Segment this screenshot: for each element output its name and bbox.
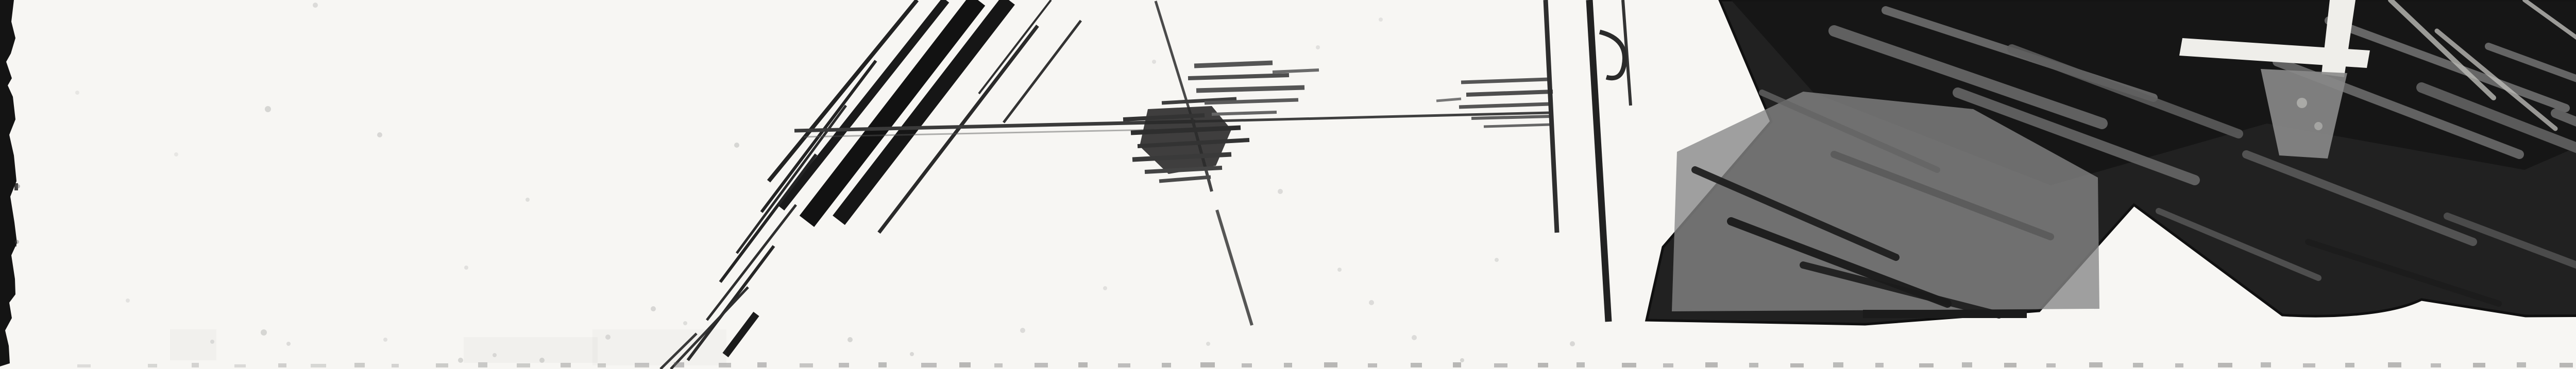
cutoff-text-remnants-item (561, 363, 571, 367)
paper-noise-specks-item (265, 106, 271, 112)
cutoff-text-remnants-item (1035, 363, 1048, 367)
cutoff-text-remnants-item (1324, 362, 1337, 367)
cutoff-text-remnants-item (2431, 363, 2441, 367)
hatch-strokes-item (1196, 87, 1304, 91)
cutoff-text-remnants-item (1453, 362, 1461, 367)
cutoff-text-remnants-item (2218, 363, 2232, 367)
paper-noise-specks-item (848, 337, 853, 342)
paper-noise-specks-item (2297, 98, 2307, 108)
cutoff-text-remnants-item (2004, 363, 2016, 367)
cutoff-text-remnants-item (2473, 363, 2485, 367)
paper-noise-specks-item (1206, 342, 1210, 346)
paper-noise-specks-item (1152, 60, 1156, 64)
cutoff-text-remnants-item (1538, 363, 1548, 367)
cutoff-text-remnants-item (1962, 362, 1972, 367)
cutoff-text-remnants-item (2560, 363, 2573, 367)
paper-noise-specks-item (383, 338, 387, 342)
hatch-strokes-item (1273, 70, 1319, 72)
paper-noise-specks-item (313, 3, 318, 8)
cutoff-text-remnants-item (1200, 362, 1215, 367)
hatch-strokes-item (1194, 63, 1273, 66)
cutoff-text-remnants-item (1494, 363, 1507, 367)
paper-noise-specks-item (1369, 300, 1374, 305)
paper-noise-specks-item (126, 298, 130, 303)
cutoff-text-remnants-item (2345, 363, 2354, 367)
paper-noise-specks-item (464, 266, 468, 270)
cutoff-text-remnants-item (1749, 363, 1758, 367)
paper-noise-specks-item (1412, 335, 1417, 340)
cutoff-text-remnants-item (959, 362, 971, 367)
paper-noise-specks-item (1379, 17, 1383, 22)
hatch-strokes-item (1212, 112, 1277, 114)
panel-artwork: Scanned black-and-white manga panel stri… (0, 0, 2576, 369)
paper-noise-specks-item (170, 329, 216, 360)
cutoff-text-remnants-item (757, 362, 767, 367)
cutoff-text-remnants-item (878, 362, 887, 367)
cutoff-text-remnants-item (2261, 362, 2271, 367)
cutoff-text-remnants-item (354, 363, 365, 367)
cutoff-text-remnants-item (921, 363, 937, 367)
cutoff-text-remnants-item (1622, 363, 1636, 367)
paper-noise-specks-item (286, 342, 291, 346)
cutoff-text-remnants-item (1577, 362, 1585, 367)
paper-noise-specks-item (651, 306, 656, 311)
paper-noise-specks-item (377, 132, 382, 137)
cutoff-text-remnants-item (436, 363, 448, 367)
cutoff-text-remnants-item (1663, 363, 1673, 367)
cutoff-text-remnants-item (1284, 363, 1292, 367)
cutoff-text-remnants-item (148, 364, 157, 367)
cutoff-text-remnants-item (1078, 362, 1088, 367)
paper-noise-specks-item (174, 152, 178, 156)
paper-noise-specks-item (1495, 258, 1499, 262)
cutoff-text-remnants-item (2303, 363, 2315, 367)
cutoff-text-remnants-item (1833, 362, 1843, 367)
cutoff-text-remnants-item (2089, 362, 2103, 367)
cutoff-text-remnants-item (1368, 363, 1377, 367)
paper-noise-specks-item (458, 358, 463, 363)
hatch-strokes-item (1471, 116, 1552, 118)
cutoff-text-remnants-item (1875, 363, 1884, 367)
paper-noise-specks-item (75, 91, 79, 95)
paper-noise-specks-item (910, 352, 914, 356)
paper-noise-specks-item (734, 143, 739, 148)
cutoff-text-remnants-item (311, 364, 326, 367)
cutoff-text-remnants-item (994, 363, 1003, 367)
paper-noise-specks-item (464, 337, 598, 363)
cutoff-text-remnants-item (1790, 363, 1804, 367)
cutoff-text-remnants-item (1118, 363, 1130, 367)
cutoff-text-remnants-item (1919, 363, 1934, 367)
paper-noise-specks-item (1278, 189, 1283, 194)
cutoff-text-remnants-item (478, 362, 487, 367)
cutoff-text-remnants-item (278, 363, 286, 367)
paper-noise-specks-item (1103, 286, 1107, 290)
cutoff-text-remnants-item (234, 364, 246, 367)
cutoff-text-remnants-item (2175, 363, 2183, 367)
cutoff-text-remnants-item (1162, 363, 1171, 367)
cutoff-text-remnants-item (77, 364, 91, 367)
paper-noise-specks-item (1337, 268, 1342, 272)
cutoff-text-remnants-item (2517, 362, 2526, 367)
paper-noise-specks-item (1020, 328, 1025, 333)
cutoff-text-remnants-item (1411, 363, 1422, 367)
paper-noise-specks-item (1570, 341, 1575, 346)
paper-noise-specks-item (15, 240, 19, 244)
cutoff-text-remnants-item (2046, 363, 2056, 367)
paper-noise-specks-item (2314, 122, 2323, 130)
cutoff-text-remnants-item (1242, 363, 1252, 367)
cutoff-text-remnants-item (2133, 363, 2143, 367)
cutoff-text-remnants-item (517, 363, 530, 367)
cutoff-text-remnants-item (1705, 362, 1718, 367)
cutoff-text-remnants-item (2388, 362, 2401, 367)
cutoff-text-remnants-item (800, 363, 813, 367)
cutoff-text-remnants-item (192, 363, 199, 367)
paper-noise-specks-item (592, 329, 726, 365)
cutoff-text-remnants-item (839, 363, 849, 367)
cutoff-text-remnants-item (392, 364, 399, 367)
manga-panel-scan: Scanned black-and-white manga panel stri… (0, 0, 2576, 369)
paper-noise-specks-item (1316, 45, 1320, 49)
paper-noise-specks-item (261, 329, 267, 336)
paper-noise-specks-item (683, 321, 687, 325)
paper-noise-specks-item (1460, 358, 1464, 362)
paper-noise-specks-item (526, 198, 530, 202)
paper-noise-specks-item (16, 184, 20, 188)
